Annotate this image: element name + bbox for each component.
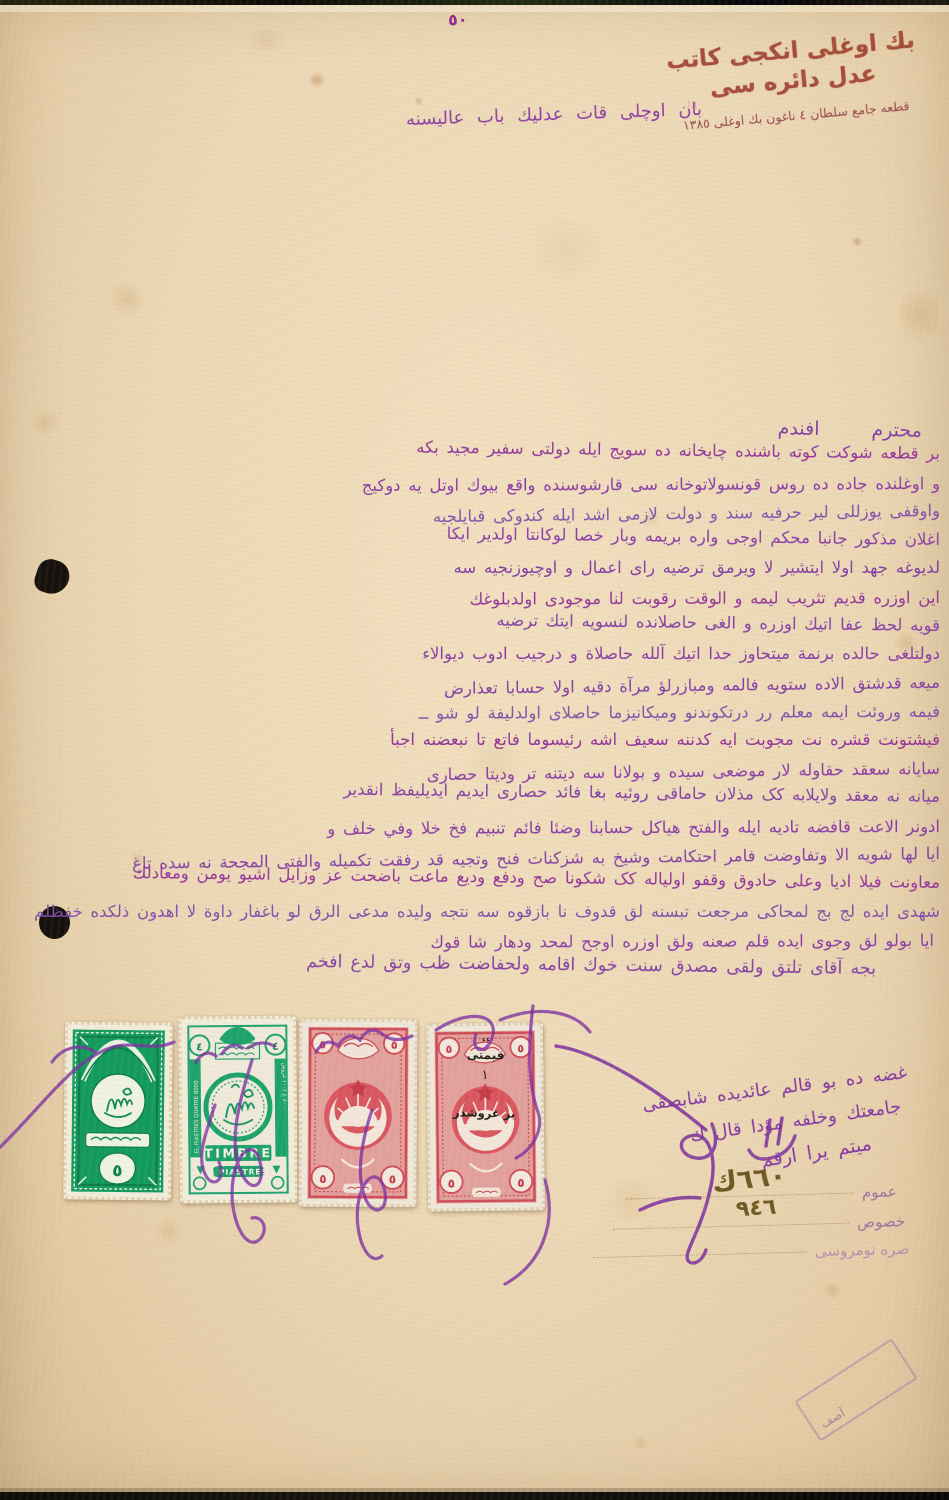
page-serial-number: ٥٠ bbox=[448, 10, 468, 30]
manuscript-line: و اوغلنده جاده ده روس قونسولاتوخانه سى ق… bbox=[8, 470, 940, 502]
revenue-stamp-green-5: ٥ bbox=[63, 1021, 173, 1200]
overprint-numeral: ١ bbox=[430, 1068, 541, 1084]
document-scan: ٥٠ ١٨ بك اوغلى انكجى كاتب عدل دائره سى ق… bbox=[0, 0, 949, 1500]
stamp-side-text-left: EL PIASTRES QUATRE 8000 bbox=[194, 1080, 201, 1154]
stamp-side-text-right: ٨٠٠٠ ع ١٠٠٤ غروش bbox=[281, 1063, 288, 1111]
stamp-corner-value: ٥ bbox=[319, 1172, 327, 1186]
margin-field-label: صره نومروسى bbox=[815, 1240, 910, 1260]
stain bbox=[414, 96, 424, 106]
overprint-mark: ءء bbox=[430, 1035, 541, 1047]
stamp-overprint: ءء قيمتى ١ بر غروشدر bbox=[429, 1035, 542, 1121]
closing-lines: غضه ده بو قالم عائديده شابصقى جامعتك وخل… bbox=[571, 1056, 907, 1155]
letterhead-calligraphy: بك اوغلى انكجى كاتب عدل دائره سى bbox=[657, 25, 927, 108]
red-stamp-art: ٥ ٥ ٥ ٥ bbox=[306, 1026, 411, 1201]
stain bbox=[520, 220, 610, 280]
green-stamp-art: ٥ bbox=[70, 1029, 166, 1194]
stain bbox=[900, 280, 940, 350]
stamp-value-numeral: ٥ bbox=[112, 1161, 123, 1181]
stamp-title: TIMBRE bbox=[204, 1145, 272, 1161]
dotted-leader-line bbox=[626, 1192, 854, 1199]
manuscript-line: لديوغه جهد اولا ايتشير لا ويرمق ترضيه را… bbox=[8, 554, 940, 583]
margin-field-serial: صره نومروسى bbox=[593, 1240, 910, 1266]
stamp-corner-value: ٥ bbox=[517, 1176, 525, 1190]
margin-field-label: عموم bbox=[862, 1182, 897, 1201]
stamp-corner-value: ٥ bbox=[448, 1176, 456, 1190]
stain bbox=[851, 236, 863, 247]
manuscript-line: شهدى ايده لج بج لمحاكى مرجعت تبسنه لق قد… bbox=[8, 898, 940, 927]
dotted-leader-line bbox=[593, 1251, 807, 1258]
stain bbox=[104, 282, 150, 316]
stain bbox=[236, 30, 296, 50]
stamp-corner-value: ٤ bbox=[196, 1040, 203, 1053]
revenue-stamp-red-5: ٥ ٥ ٥ ٥ bbox=[299, 1019, 418, 1208]
revenue-stamp-red-5-overprinted: ٥ ٥ ٥ ٥ ءء قيمتى ١ بر غروشدر bbox=[426, 1022, 545, 1211]
scan-edge-bottom bbox=[0, 1492, 949, 1500]
stamp-corner-value: ٥ bbox=[319, 1038, 326, 1051]
manuscript-line: دولتلغى حالده برنمة ميتحاوز حدا اتيك آلل… bbox=[8, 640, 940, 669]
manuscript-body: محترم افندم بر قطعه شوكت كوته باشنده چاي… bbox=[8, 412, 940, 983]
manuscript-lines: بر قطعه شوكت كوته باشنده چايخانه ده سويج… bbox=[8, 440, 940, 983]
overprint-word: قيمتى bbox=[430, 1048, 541, 1063]
scan-edge-highlight bbox=[0, 5, 949, 12]
stain bbox=[308, 72, 326, 88]
stain bbox=[152, 1218, 186, 1244]
manuscript-line: فيشتونت قشره نت مجوبت ايه كدننه سعيف اشه… bbox=[8, 726, 940, 755]
stamp-corner-value: ٥ bbox=[389, 1172, 397, 1186]
stamp-corner-value: ٥ bbox=[391, 1039, 398, 1052]
closing-annotation: غضه ده بو قالم عائديده شابصقى جامعتك وخل… bbox=[571, 1056, 907, 1155]
stamp-subtitle: 4 PIASTRES bbox=[209, 1167, 268, 1177]
corner-handstamp-outline: آصف bbox=[794, 1338, 917, 1441]
stamp-corner-value: ٤ bbox=[272, 1040, 279, 1053]
margin-field-label: خصوص bbox=[857, 1212, 906, 1231]
dotted-leader-line bbox=[613, 1222, 849, 1229]
scan-edge-shadow bbox=[0, 1488, 949, 1492]
revenue-stamp-timbre-4-piastres: ٤ ٤ EL PIASTRES QUATRE 8000 ٨٠٠٠ ع ١٠٠٤ … bbox=[178, 1015, 298, 1203]
stain bbox=[822, 1282, 842, 1299]
manuscript-line: ادونر الاعت قافضه تاديه ايله والفتح هياك… bbox=[8, 813, 940, 845]
margin-field-special: خصوص bbox=[613, 1212, 906, 1238]
stain bbox=[632, 1436, 650, 1450]
corner-handstamp-text: آصف bbox=[818, 1406, 847, 1431]
timbre-stamp-art: ٤ ٤ EL PIASTRES QUATRE 8000 ٨٠٠٠ ع ١٠٠٤ … bbox=[185, 1023, 291, 1197]
